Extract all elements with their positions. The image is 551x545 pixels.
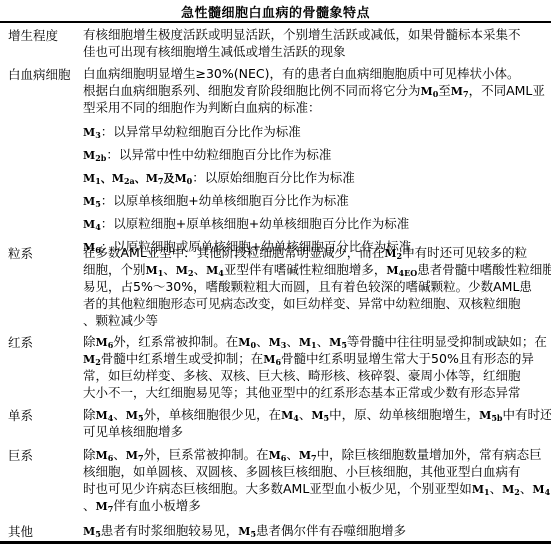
criteria-item: M3：以异常早幼粒细胞百分比作为标准 bbox=[83, 120, 545, 143]
criteria-item: M5：以原单核细胞+幼单核细胞百分比作为标准 bbox=[83, 189, 545, 212]
content-line: 常，如巨幼样变、多核、双核、巨大核、畸形核、核碎裂、豪周小体等，红细胞 bbox=[83, 367, 545, 384]
subtype-code: M4 bbox=[83, 218, 101, 231]
subtype-code: M2b bbox=[83, 149, 106, 162]
content-line: 、M7伴有血小板增多 bbox=[83, 497, 545, 514]
row-content: M5患者有时浆细胞较易见，M5患者偶尔伴有吞噬细胞增多 bbox=[83, 522, 545, 539]
table-title: 急性髓细胞白血病的骨髓象特点 bbox=[0, 2, 551, 21]
subtype-code: M1、M2a、M7及M0 bbox=[83, 172, 192, 185]
criteria-item: M1、M2a、M7及M0：以原始细胞百分比作为标准 bbox=[83, 166, 545, 189]
content-line: 可见单核细胞增多 bbox=[83, 423, 545, 440]
row-content: 有核细胞增生极度活跃或明显活跃，个别增生活跃或减低，如果骨髓标本采集不 佳也可出… bbox=[83, 26, 545, 60]
content-line: 白血病细胞明显增生≥30%(NEC)，有的患者白血病细胞胞质中可见棒状小体。 bbox=[83, 65, 545, 82]
criteria-text: ：以原始细胞百分比作为标准 bbox=[192, 170, 355, 185]
criteria-text: ：以异常早幼粒细胞百分比作为标准 bbox=[101, 124, 301, 139]
content-line: 者的其他粒细胞形态可见病态改变，如巨幼样变、异常中幼粒细胞、双核粒细胞 bbox=[83, 295, 545, 312]
criteria-text: ：以原单核细胞+幼单核细胞百分比作为标准 bbox=[101, 193, 349, 208]
row-label: 白血病细胞 bbox=[8, 65, 71, 83]
content-line: 除M4、M5外，单核细胞很少见，在M4、M5中，原、幼单核细胞增生，M5b中有时… bbox=[83, 406, 545, 423]
content-line: M5患者有时浆细胞较易见，M5患者偶尔伴有吞噬细胞增多 bbox=[83, 522, 545, 539]
row-content: 除M6、M7外，巨系常被抑制。在M6、M7中，除巨核细胞数量增加外，常有病态巨 … bbox=[83, 446, 545, 514]
content-line: 细胞，个别M1、M2、M4亚型伴有嗜碱性粒细胞增多，M4EO患者骨髓中嗜酸性粒细… bbox=[83, 261, 545, 278]
subtype-code: M3 bbox=[83, 126, 101, 139]
criteria-item: M4：以原粒细胞+原单核细胞+幼单核细胞百分比作为标准 bbox=[83, 212, 545, 235]
criteria-text: ：以异常中性中幼粒细胞百分比作为标准 bbox=[106, 147, 331, 162]
row-content: 除M4、M5外，单核细胞很少见，在M4、M5中，原、幼单核细胞增生，M5b中有时… bbox=[83, 406, 545, 440]
content-line: 型采用不同的细胞作为判断白血病的标准： bbox=[83, 99, 545, 116]
content-line: 有核细胞增生极度活跃或明显活跃，个别增生活跃或减低，如果骨髓标本采集不 bbox=[83, 26, 545, 43]
bottom-rule bbox=[0, 541, 551, 544]
row-label: 其他 bbox=[8, 522, 33, 540]
row-label: 粒系 bbox=[8, 244, 33, 262]
row-label: 红系 bbox=[8, 333, 33, 351]
content-line: 易见，占5%～30%，嗜酸颗粒粗大而圆，且有着色较深的嗜碱颗粒。少数AML患 bbox=[83, 278, 545, 295]
content-line: 除M6外，红系常被抑制。在M0、M3、M1、M5等骨髓中往往明显受抑制或缺如；在 bbox=[83, 333, 545, 350]
content-line: 除M6、M7外，巨系常被抑制。在M6、M7中，除巨核细胞数量增加外，常有病态巨 bbox=[83, 446, 545, 463]
row-content: 除M6外，红系常被抑制。在M0、M3、M1、M5等骨髓中往往明显受抑制或缺如；在… bbox=[83, 333, 545, 401]
row-label: 单系 bbox=[8, 406, 33, 424]
content-line: 佳也可出现有核细胞增生减低或增生活跃的现象 bbox=[83, 43, 545, 60]
row-label: 增生程度 bbox=[8, 26, 58, 44]
content-line: 、颗粒减少等 bbox=[83, 312, 545, 329]
content-line: 在多数AML亚型中．其他阶段粒细胞常明显减少，而在M2中有时还可见较多的粒 bbox=[83, 244, 545, 261]
content-line: M2骨髓中红系增生或受抑制；在M6骨髓中红系明显增生常大于50%且有形态的异 bbox=[83, 350, 545, 367]
content-line: 核细胞，如单圆核、双圆核、多圆核巨核细胞、小巨核细胞，其他亚型白血病有 bbox=[83, 463, 545, 480]
row-content: 白血病细胞明显增生≥30%(NEC)，有的患者白血病细胞胞质中可见棒状小体。 根… bbox=[83, 65, 545, 258]
content-line: 大小不一，大红细胞易见等；其他亚型中的红系形态基本正常或少数有形态异常 bbox=[83, 384, 545, 401]
content-line: 时也可见少许病态巨核细胞。大多数AML亚型血小板少见，个别亚型如M1、M2、M4 bbox=[83, 480, 545, 497]
criteria-list: M3：以异常早幼粒细胞百分比作为标准 M2b：以异常中性中幼粒细胞百分比作为标准… bbox=[83, 120, 545, 258]
content-line: 根据白血病细胞系列、细胞发育阶段细胞比例不同而将它分为M0至M7，不同AML亚 bbox=[83, 82, 545, 99]
row-content: 在多数AML亚型中．其他阶段粒细胞常明显减少，而在M2中有时还可见较多的粒 细胞… bbox=[83, 244, 545, 329]
criteria-item: M2b：以异常中性中幼粒细胞百分比作为标准 bbox=[83, 143, 545, 166]
top-rule bbox=[0, 21, 551, 23]
row-label: 巨系 bbox=[8, 446, 33, 464]
subtype-code: M5 bbox=[83, 195, 101, 208]
criteria-text: ：以原粒细胞+原单核细胞+幼单核细胞百分比作为标准 bbox=[101, 216, 409, 231]
